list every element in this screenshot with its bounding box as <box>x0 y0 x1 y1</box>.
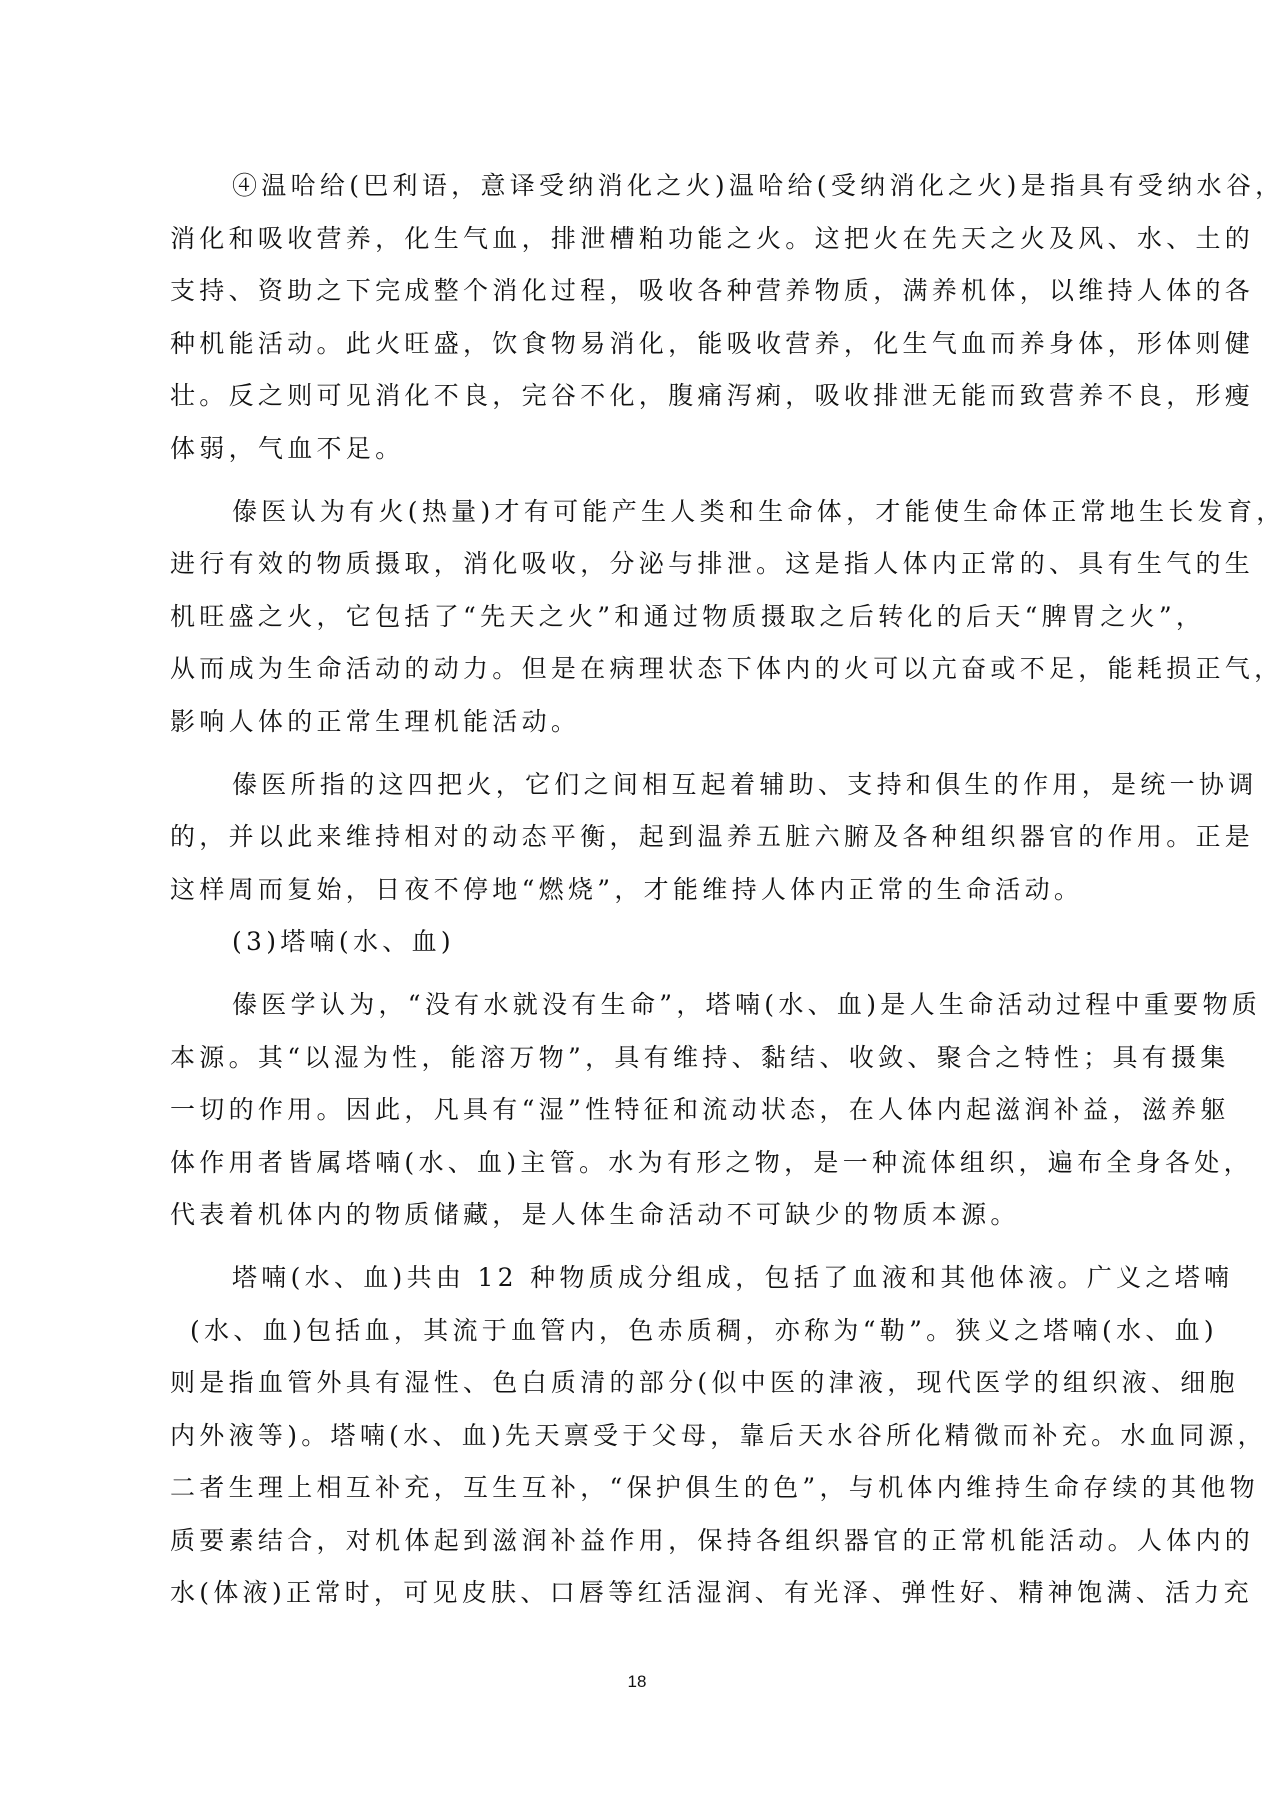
paragraph-line: 进行有效的物质摄取，消化吸收，分泌与排泄。这是指人体内正常的、具有生气的生 <box>170 544 1130 597</box>
paragraph-line: 支持、资助之下完成整个消化过程，吸收各种营养物质，满养机体，以维持人体的各 <box>170 271 1130 324</box>
paragraph-line: 傣医学认为，“没有水就没有生命”，塔喃(水、血)是人生命活动过程中重要物质 <box>170 985 1130 1038</box>
paragraph-line: 壮。反之则可见消化不良，完谷不化，腹痛泻痢，吸收排泄无能而致营养不良，形瘦 <box>170 376 1130 429</box>
paragraph-line: 种机能活动。此火旺盛，饮食物易消化，能吸收营养，化生气血而养身体，形体则健 <box>170 324 1130 377</box>
paragraph-line: 体作用者皆属塔喃(水、血)主管。水为有形之物，是一种流体组织，遍布全身各处， <box>170 1143 1130 1196</box>
body-text: ④温哈给(巴利语，意译受纳消化之火)温哈给(受纳消化之火)是指具有受纳水谷， 消… <box>170 166 1130 1626</box>
paragraph-line: 体弱，气血不足。 <box>170 429 1130 482</box>
paragraph-line: 塔喃(水、血)共由 12 种物质成分组成，包括了血液和其他体液。广义之塔喃 <box>170 1258 1130 1311</box>
paragraph-line: 二者生理上相互补充，互生互补，“保护俱生的色”，与机体内维持生命存续的其他物 <box>170 1468 1130 1521</box>
paragraph-line: 从而成为生命活动的动力。但是在病理状态下体内的火可以亢奋或不足，能耗损正气， <box>170 649 1130 702</box>
paragraph-line: (水、血)包括血，其流于血管内，色赤质稠，亦称为“勒”。狭义之塔喃(水、血) <box>170 1311 1130 1364</box>
paragraph-line: 消化和吸收营养，化生气血，排泄槽粕功能之火。这把火在先天之火及风、水、土的 <box>170 219 1130 272</box>
paragraph-line: 傣医所指的这四把火，它们之间相互起着辅助、支持和俱生的作用，是统一协调 <box>170 765 1130 818</box>
section-heading: (3)塔喃(水、血) <box>170 922 1130 975</box>
paragraph-line: 内外液等)。塔喃(水、血)先天禀受于父母，靠后天水谷所化精微而补充。水血同源， <box>170 1416 1130 1469</box>
paragraph-line: 质要素结合，对机体起到滋润补益作用，保持各组织器官的正常机能活动。人体内的 <box>170 1521 1130 1574</box>
paragraph-line: 则是指血管外具有湿性、色白质清的部分(似中医的津液，现代医学的组织液、细胞 <box>170 1363 1130 1416</box>
paragraph-line: 代表着机体内的物质储藏，是人体生命活动不可缺少的物质本源。 <box>170 1195 1130 1248</box>
document-page: ④温哈给(巴利语，意译受纳消化之火)温哈给(受纳消化之火)是指具有受纳水谷， 消… <box>0 0 1274 1801</box>
paragraph-line: 傣医认为有火(热量)才有可能产生人类和生命体，才能使生命体正常地生长发育， <box>170 492 1130 545</box>
paragraph-line: 水(体液)正常时，可见皮肤、口唇等红活湿润、有光泽、弹性好、精神饱满、活力充 <box>170 1573 1130 1626</box>
paragraph-line: ④温哈给(巴利语，意译受纳消化之火)温哈给(受纳消化之火)是指具有受纳水谷， <box>170 166 1130 219</box>
page-number: 18 <box>0 1672 1274 1692</box>
paragraph-line: 这样周而复始，日夜不停地“燃烧”，才能维持人体内正常的生命活动。 <box>170 870 1130 923</box>
paragraph-line: 的，并以此来维持相对的动态平衡，起到温养五脏六腑及各种组织器官的作用。正是 <box>170 817 1130 870</box>
paragraph-line: 本源。其“以湿为性，能溶万物”，具有维持、黏结、收敛、聚合之特性；具有摄集 <box>170 1038 1130 1091</box>
paragraph-line: 一切的作用。因此，凡具有“湿”性特征和流动状态，在人体内起滋润补益，滋养躯 <box>170 1090 1130 1143</box>
paragraph-line: 影响人体的正常生理机能活动。 <box>170 702 1130 755</box>
paragraph-line: 机旺盛之火，它包括了“先天之火”和通过物质摄取之后转化的后天“脾胃之火”， <box>170 597 1130 650</box>
